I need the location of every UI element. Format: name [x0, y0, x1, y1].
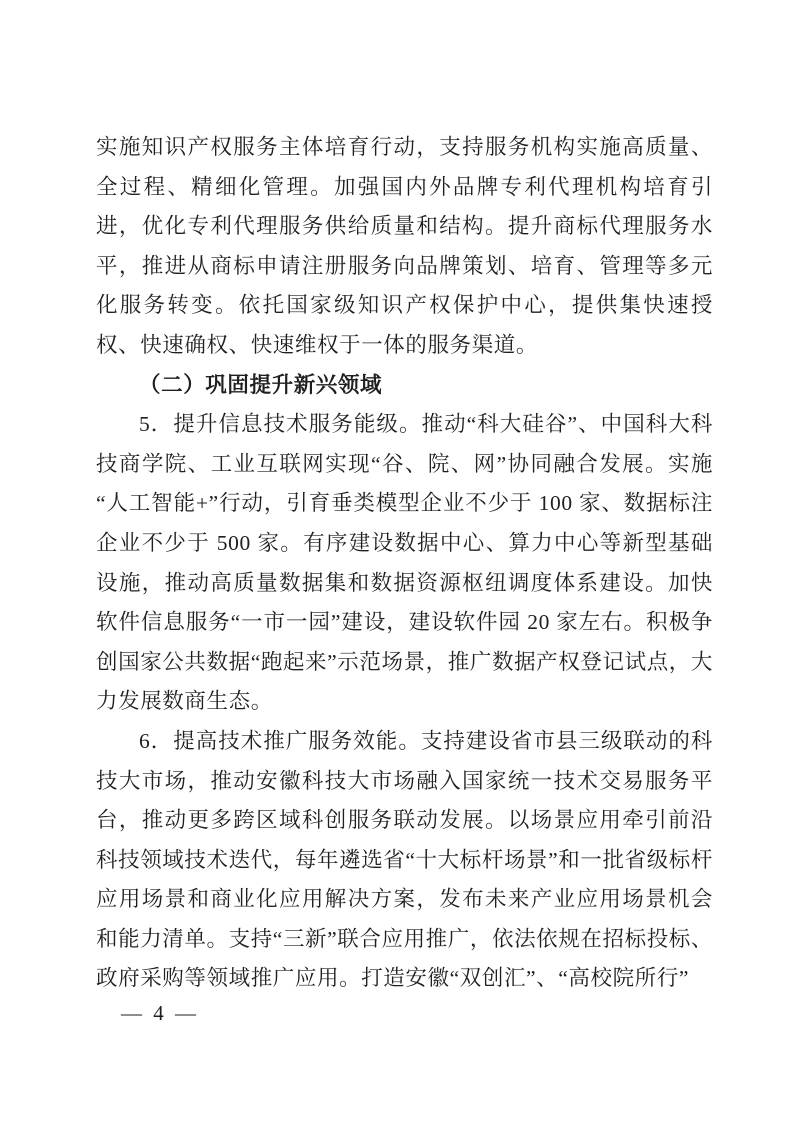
section-heading: （二）巩固提升新兴领域 — [96, 366, 713, 406]
numbered-paragraph-6: 6．提高技术推广服务效能。支持建设省市县三级联动的科技大市场，推动安徽科技大市场… — [96, 722, 713, 999]
paragraph-continuation: 实施知识产权服务主体培育行动，支持服务机构实施高质量、全过程、精细化管理。加强国… — [96, 128, 713, 366]
document-page: 实施知识产权服务主体培育行动，支持服务机构实施高质量、全过程、精细化管理。加强国… — [0, 0, 793, 1122]
document-body: 实施知识产权服务主体培育行动，支持服务机构实施高质量、全过程、精细化管理。加强国… — [96, 128, 713, 999]
page-number: — 4 — — [121, 1001, 199, 1026]
numbered-paragraph-5: 5．提升信息技术服务能级。推动“科大硅谷”、中国科大科技商学院、工业互联网实现“… — [96, 405, 713, 722]
